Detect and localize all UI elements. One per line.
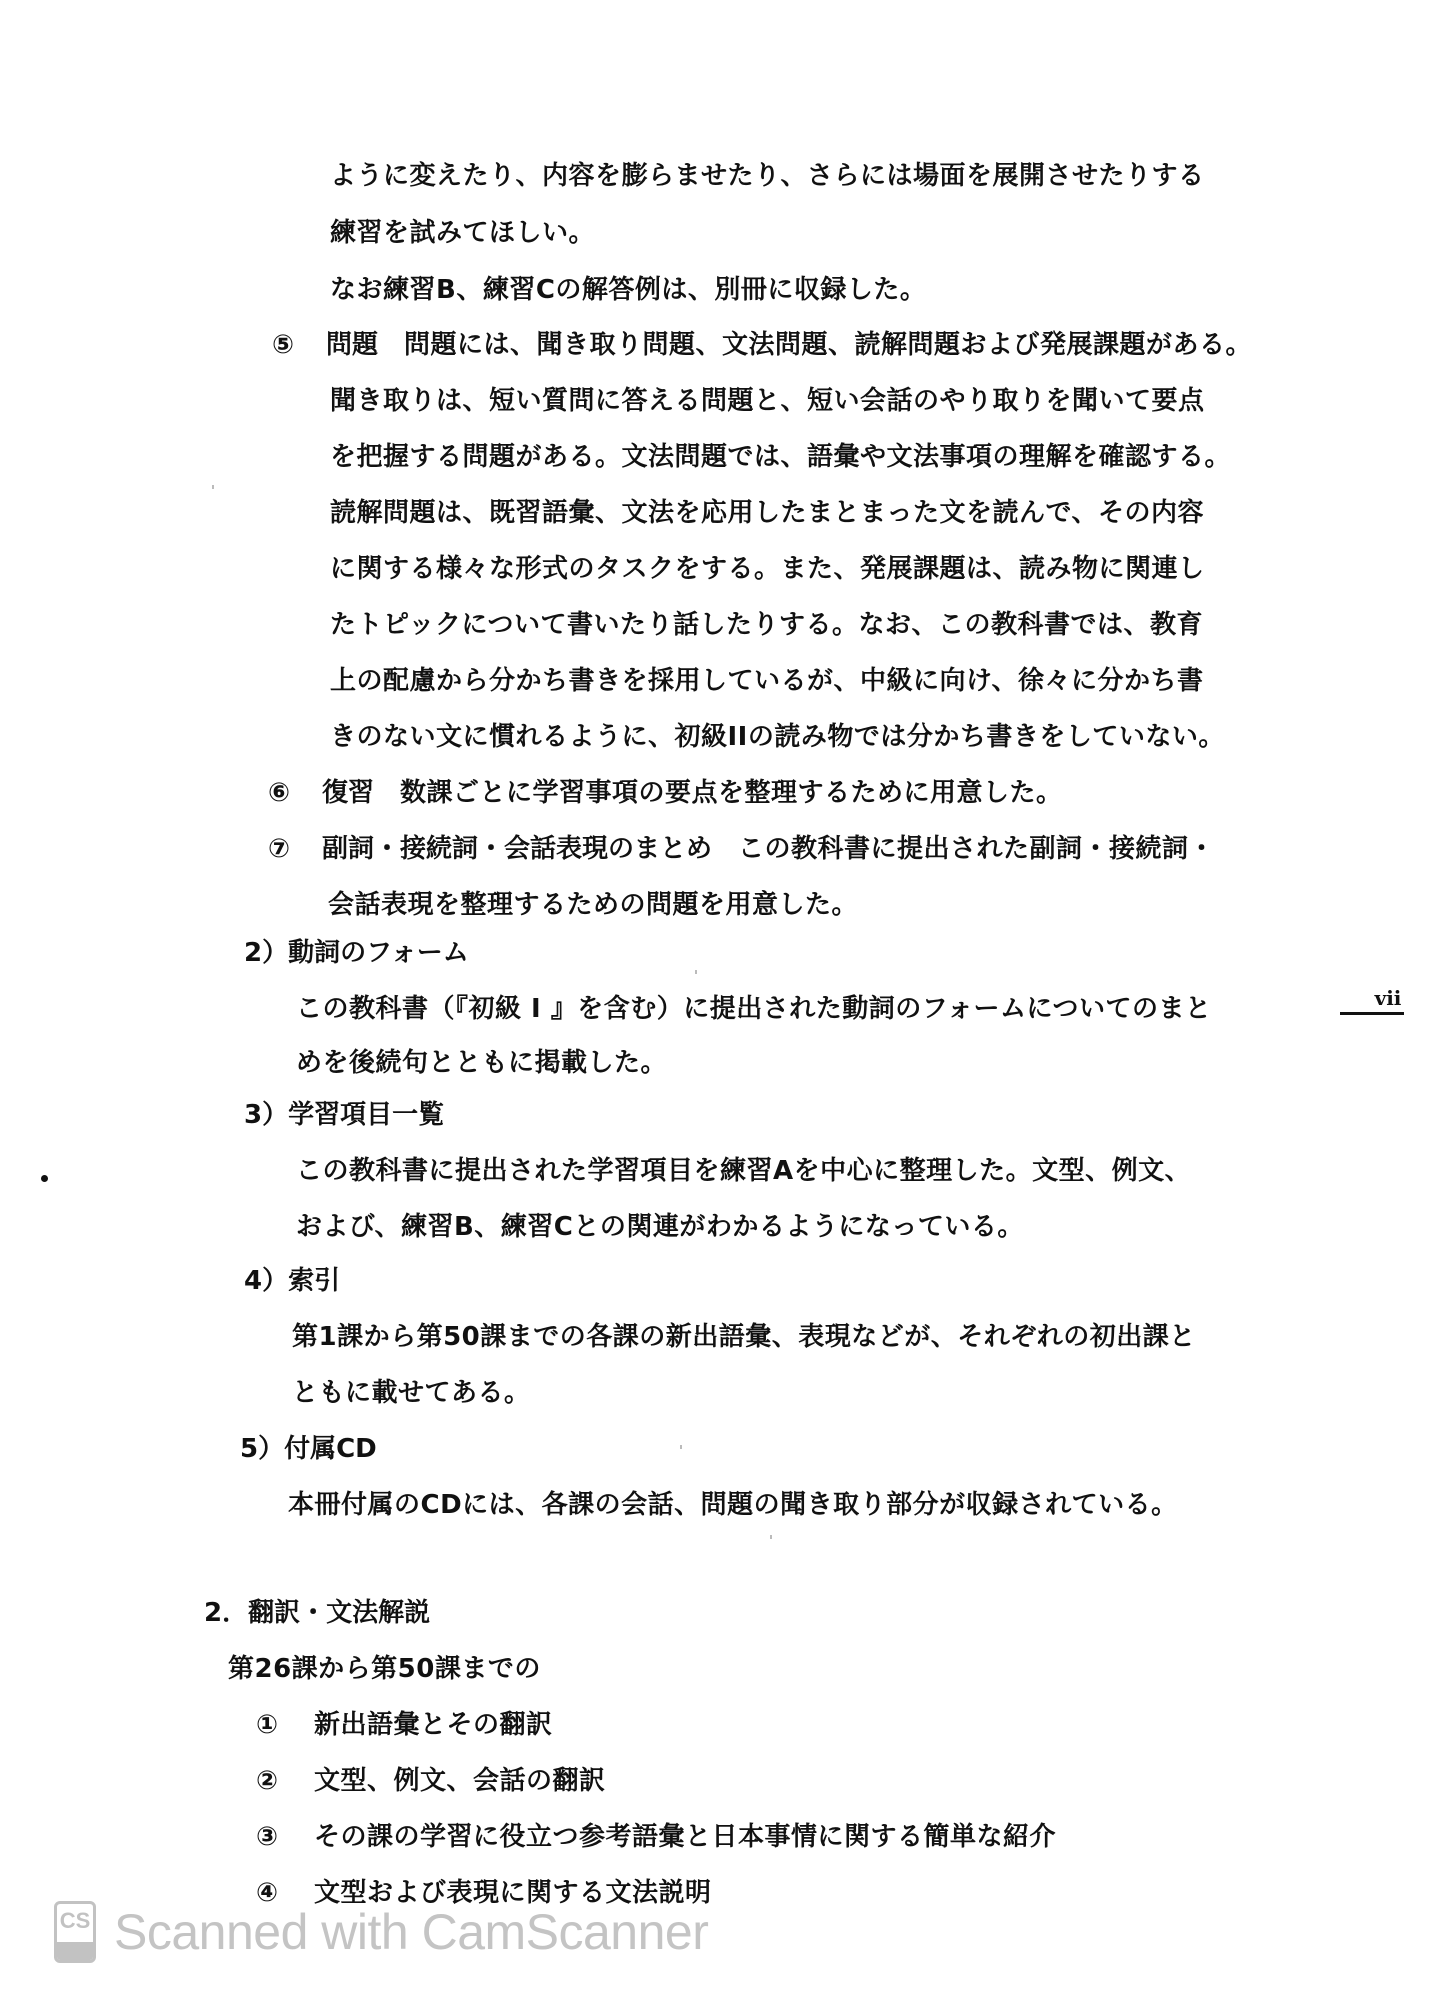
- section-intro: 第26課から第50課までの: [228, 1652, 541, 1686]
- paragraph-line: この教科書（『初級 I 』を含む）に提出された動詞のフォームについてのまと: [296, 992, 1211, 1026]
- circled-number-1: ①: [256, 1708, 314, 1742]
- watermark-text: Scanned with CamScanner: [114, 1902, 708, 1962]
- item-6-title: 復習: [322, 778, 374, 808]
- paragraph-line: 読解問題は、既習語彙、文法を応用したまとまった文を読んで、その内容: [330, 496, 1204, 530]
- paragraph-line: 上の配慮から分かち書きを採用しているが、中級に向け、徐々に分かち書: [330, 664, 1203, 698]
- paragraph-line: 会話表現を整理するための問題を用意した。: [328, 888, 858, 922]
- paragraph-line: 第1課から第50課までの各課の新出語彙、表現などが、それぞれの初出課と: [292, 1320, 1196, 1354]
- subsection-heading-study-items: 3）学習項目一覧: [244, 1098, 444, 1132]
- subsection-heading-index: 4）索引: [244, 1264, 340, 1298]
- paragraph-line: ともに載せてある。: [292, 1376, 531, 1410]
- paragraph-line: きのない文に慣れるように、初級IIの読み物では分かち書きをしていない。: [330, 720, 1225, 754]
- paragraph-line: めを後続句とともに掲載した。: [296, 1046, 667, 1080]
- paragraph-line: に関する様々な形式のタスクをする。また、発展課題は、読み物に関連し: [330, 552, 1205, 586]
- item-7-text: この教科書に提出された副詞・接続詞・: [738, 834, 1215, 864]
- section-heading-translation-grammar: 2．翻訳・文法解説: [204, 1596, 430, 1630]
- paragraph-line: 本冊付属のCDには、各課の会話、問題の聞き取り部分が収録されている。: [288, 1488, 1178, 1522]
- item-7-first-line: ⑦副詞・接続詞・会話表現のまとめこの教科書に提出された副詞・接続詞・: [268, 832, 1215, 866]
- camscanner-watermark: CS Scanned with CamScanner: [54, 1900, 708, 1964]
- subsection-heading-verb-forms: 2）動詞のフォーム: [244, 936, 469, 970]
- scan-speck-artifact: [680, 1445, 682, 1449]
- item-6-text: 数課ごとに学習事項の要点を整理するために用意した。: [400, 778, 1063, 808]
- paragraph-line: を把握する問題がある。文法問題では、語彙や文法事項の理解を確認する。: [330, 440, 1231, 474]
- list-item-text: その課の学習に役立つ参考語彙と日本事情に関する簡単な紹介: [314, 1822, 1056, 1852]
- list-item: ①新出語彙とその翻訳: [256, 1708, 553, 1742]
- item-6-line: ⑥復習数課ごとに学習事項の要点を整理するために用意した。: [268, 776, 1063, 810]
- list-item: ②文型、例文、会話の翻訳: [256, 1764, 606, 1798]
- scanned-page: ように変えたり、内容を膨らませたり、さらには場面を展開させたりする 練習を試みて…: [0, 0, 1440, 2016]
- paragraph-line: および、練習B、練習Cとの関連がわかるようになっている。: [296, 1210, 1024, 1244]
- item-5-first-line: ⑤問題問題には、聞き取り問題、文法問題、読解問題および発展課題がある。: [272, 328, 1252, 362]
- paragraph-line: ように変えたり、内容を膨らませたり、さらには場面を展開させたりする: [330, 159, 1205, 193]
- paragraph-line: 練習を試みてほしい。: [330, 216, 595, 250]
- camscanner-logo-icon: CS: [54, 1901, 96, 1963]
- subsection-heading-cd: 5）付属CD: [240, 1432, 377, 1466]
- paragraph-line: 聞き取りは、短い質問に答える問題と、短い会話のやり取りを聞いて要点: [330, 384, 1205, 418]
- paragraph-line: たトピックについて書いたり話したりする。なお、この教科書では、教育: [330, 608, 1203, 642]
- paragraph-line: なお練習B、練習Cの解答例は、別冊に収録した。: [330, 273, 926, 307]
- scan-speck-artifact: [212, 485, 214, 489]
- list-item-text: 文型、例文、会話の翻訳: [314, 1766, 606, 1796]
- list-item: ③その課の学習に役立つ参考語彙と日本事情に関する簡単な紹介: [256, 1820, 1056, 1854]
- item-7-title: 副詞・接続詞・会話表現のまとめ: [322, 834, 712, 864]
- circled-number-3: ③: [256, 1820, 314, 1854]
- scan-dot-artifact: [41, 1175, 48, 1182]
- item-5-title: 問題: [326, 330, 378, 360]
- scan-speck-artifact: [770, 1535, 772, 1539]
- circled-number-2: ②: [256, 1764, 314, 1798]
- list-item-text: 新出語彙とその翻訳: [314, 1710, 553, 1740]
- scan-speck-artifact: [695, 970, 697, 974]
- circled-number-6: ⑥: [268, 776, 322, 810]
- circled-number-5: ⑤: [272, 328, 326, 362]
- item-5-text: 問題には、聞き取り問題、文法問題、読解問題および発展課題がある。: [404, 330, 1252, 360]
- circled-number-7: ⑦: [268, 832, 322, 866]
- page-number-underline: [1340, 1012, 1404, 1015]
- page-number: vii: [1356, 986, 1420, 1010]
- paragraph-line: この教科書に提出された学習項目を練習Aを中心に整理した。文型、例文、: [296, 1154, 1191, 1188]
